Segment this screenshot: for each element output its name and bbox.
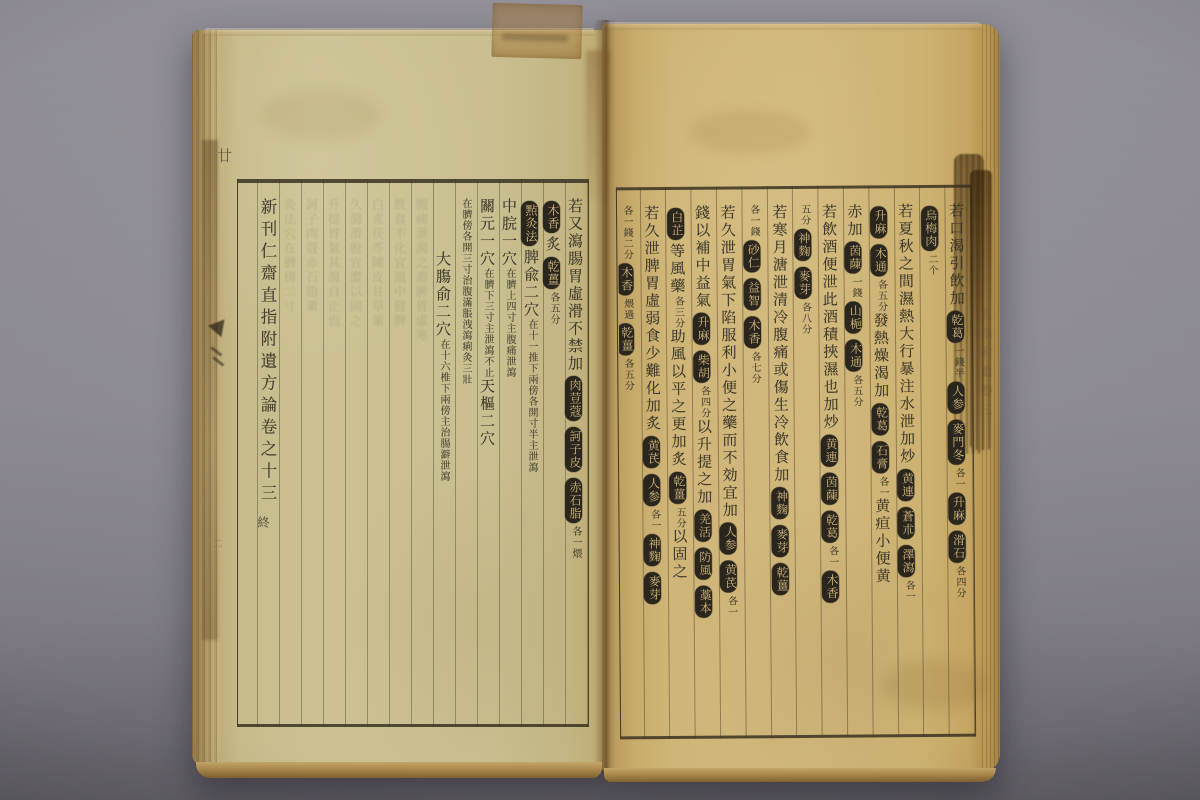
drug-name-cartouche: 人参 bbox=[947, 382, 964, 414]
small-annotation: 各四分 bbox=[698, 386, 709, 419]
right-page-columns: 若口渴引飲加乾葛一錢半人参麥門冬各一升麻滑石各四分烏梅肉二个若夏秋之間濕熱大行暴… bbox=[618, 201, 973, 731]
drug-name-cartouche: 防風 bbox=[695, 547, 712, 579]
small-annotation: 一錢半 bbox=[952, 346, 963, 379]
drug-name-cartouche: 烏梅肉 bbox=[921, 206, 938, 251]
paper-stain bbox=[690, 110, 810, 154]
text-run: 若寒月溏泄清冷腹痛或傷生冷飲食加 bbox=[770, 204, 790, 484]
drug-name-cartouche: 人参 bbox=[643, 474, 660, 506]
small-annotation: 五分 bbox=[674, 506, 685, 528]
drug-name-cartouche: 乾葛 bbox=[821, 510, 838, 542]
text-column: 若又瀉腸胃虛滑不禁加肉荳蔻訶子皮赤石脂各一煨 bbox=[564, 196, 586, 718]
small-annotation: 在臍下三寸主泄瀉不止 bbox=[482, 268, 493, 378]
drug-name-cartouche: 肉荳蔻 bbox=[565, 376, 582, 421]
small-annotation: 各一 bbox=[827, 545, 838, 567]
small-annotation: 各一 bbox=[570, 526, 581, 548]
text-run: 發熱燥渴加 bbox=[872, 312, 891, 400]
text-run: 赤加 bbox=[845, 203, 863, 238]
drug-name-cartouche: 麥門冬 bbox=[948, 420, 965, 465]
drug-name-cartouche: 黄芪 bbox=[643, 436, 660, 468]
small-annotation: 各一錢 bbox=[748, 204, 759, 237]
small-annotation: 煨過 bbox=[622, 298, 633, 320]
drug-name-cartouche: 茵蔯 bbox=[845, 241, 862, 273]
drug-name-cartouche: 人参 bbox=[720, 522, 737, 554]
drug-name-cartouche: 滑石 bbox=[949, 531, 966, 563]
text-run: 若口渴引飲加 bbox=[947, 203, 966, 308]
paper-stain bbox=[880, 660, 990, 710]
paper-stain bbox=[262, 90, 382, 140]
small-annotation: 五分 bbox=[799, 204, 810, 226]
small-annotation: 各一 bbox=[877, 476, 888, 498]
drug-name-cartouche: 白芷 bbox=[667, 208, 684, 240]
drug-name-cartouche: 乾薑 bbox=[543, 257, 560, 289]
small-annotation: 灸三壯 bbox=[460, 352, 471, 385]
drug-name-cartouche: 乾薑 bbox=[772, 563, 789, 595]
small-annotation: 各一 bbox=[953, 468, 964, 490]
drug-name-cartouche: 神麴 bbox=[644, 534, 661, 566]
small-annotation: 二个 bbox=[926, 254, 937, 276]
bleedthrough-column: 升提胃氣其瀉自止也 bbox=[322, 196, 344, 718]
drug-name-cartouche: 乾葛 bbox=[871, 403, 888, 435]
small-annotation: 各五分 bbox=[622, 358, 633, 391]
text-run: 升提胃氣其瀉自止也 bbox=[326, 198, 341, 329]
drug-name-cartouche: 木通 bbox=[870, 244, 887, 276]
drug-name-cartouche: 訶子皮 bbox=[565, 427, 582, 472]
drug-name-cartouche: 乾薑 bbox=[618, 323, 634, 355]
text-column: 㸃灸法脾兪二穴在十一推下兩傍各開寸半主泄瀉 bbox=[520, 196, 542, 718]
bleedthrough-column: 飲食不化宜溫中健脾 bbox=[388, 196, 410, 718]
text-run: 飲食不化宜溫中健脾 bbox=[392, 198, 407, 329]
drug-name-cartouche: 羌活 bbox=[694, 509, 711, 541]
drug-name-cartouche: 㸃灸法 bbox=[521, 201, 538, 246]
end-mark: 終 bbox=[256, 516, 274, 528]
folio-number-mark: 廿 bbox=[214, 148, 235, 163]
text-run: 若又瀉腸胃虛滑不禁加 bbox=[566, 198, 584, 373]
drug-name-cartouche: 益智 bbox=[743, 278, 760, 310]
text-column: 若口渴引飲加乾葛一錢半人参麥門冬各一升麻滑石各四分 bbox=[944, 201, 974, 728]
repair-tape bbox=[491, 3, 582, 59]
text-run: 大膓俞二穴 bbox=[434, 251, 452, 339]
photo-scene: 若又瀉腸胃虛滑不禁加肉荳蔻訶子皮赤石脂各一煨木香炙乾薑各五分㸃灸法脾兪二穴在十一… bbox=[0, 0, 1200, 800]
drug-name-cartouche: 山梔 bbox=[845, 301, 862, 333]
text-run: 訶子肉蔻赤石脂輩 bbox=[304, 198, 319, 314]
small-annotation: 各三分 bbox=[672, 295, 683, 328]
text-run: 關元一穴 bbox=[478, 198, 496, 268]
text-run: 白朮茯苓陳皮甘草輩 bbox=[370, 198, 385, 329]
text-run: 天樞二穴 bbox=[478, 378, 496, 448]
fold-page-number: 二 bbox=[208, 538, 223, 552]
bleedthrough-column: 久瀉滑脫宜澀以固之 bbox=[344, 196, 366, 718]
small-annotation: 各七分 bbox=[749, 351, 760, 384]
bleedthrough-column: 白朮茯苓陳皮甘草輩 bbox=[366, 196, 388, 718]
drug-name-cartouche: 木通 bbox=[845, 339, 862, 371]
left-page-columns: 若又瀉腸胃虛滑不禁加肉荳蔻訶子皮赤石脂各一煨木香炙乾薑各五分㸃灸法脾兪二穴在十一… bbox=[239, 196, 586, 718]
gutter-stain bbox=[586, 50, 610, 200]
text-column: 木香炙乾薑各五分 bbox=[542, 196, 564, 718]
small-annotation: 各四分 bbox=[954, 566, 965, 599]
small-annotation: 各五分 bbox=[851, 374, 862, 407]
small-annotation: 各八分 bbox=[799, 302, 810, 335]
drug-name-cartouche: 麥芽 bbox=[772, 525, 789, 557]
page-top-edge-right bbox=[604, 22, 984, 30]
text-run: 灸法穴在臍傍二寸 bbox=[282, 198, 297, 314]
drug-name-cartouche: 麥芽 bbox=[644, 572, 661, 604]
text-column bbox=[239, 196, 256, 718]
page-block-bottom-edge-right bbox=[604, 768, 996, 782]
drug-name-cartouche: 木香 bbox=[744, 316, 761, 348]
text-run: 久瀉滑脫宜澀以固之 bbox=[348, 198, 363, 329]
drug-name-cartouche: 乾葛 bbox=[947, 311, 964, 343]
fore-edge-title-text: 直指附遺卷三 bbox=[978, 308, 995, 568]
drug-name-cartouche: 黄連 bbox=[897, 469, 914, 501]
small-annotation: 主泄瀉 bbox=[526, 440, 537, 473]
small-annotation: 煨 bbox=[570, 548, 581, 559]
drug-name-cartouche: 乾薑 bbox=[669, 471, 686, 503]
drug-name-cartouche: 黄連 bbox=[821, 434, 838, 466]
bleedthrough-column: 腹痛泄瀉之證脾胃虛寒 bbox=[410, 196, 432, 718]
small-annotation: 各一 bbox=[649, 509, 660, 531]
small-annotation: 各一錢二分 bbox=[621, 205, 632, 260]
text-run: 若飲酒便泄此酒積挾濕也加炒 bbox=[820, 204, 840, 432]
drug-name-cartouche: 黄芪 bbox=[720, 560, 737, 592]
right-page-text-frame: 若口渴引飲加乾葛一錢半人参麥門冬各一升麻滑石各四分烏梅肉二个若夏秋之間濕熱大行暴… bbox=[616, 185, 976, 740]
drug-name-cartouche: 麥芽 bbox=[794, 267, 811, 299]
drug-name-cartouche: 升麻 bbox=[870, 206, 887, 238]
drug-name-cartouche: 茵蔯 bbox=[821, 472, 838, 504]
text-run: 若久泄胃氣下陷服利小便之藥而不効宜加 bbox=[718, 204, 738, 519]
text-run: 以升提之加 bbox=[695, 419, 714, 507]
left-page-text-frame: 若又瀉腸胃虛滑不禁加肉荳蔻訶子皮赤石脂各一煨木香炙乾薑各五分㸃灸法脾兪二穴在十一… bbox=[237, 179, 589, 727]
drug-name-cartouche: 柴胡 bbox=[693, 351, 710, 383]
page-block-bottom-edge-left bbox=[196, 762, 602, 778]
drug-name-cartouche: 木香 bbox=[543, 201, 560, 233]
left-fold-stain bbox=[202, 140, 218, 640]
text-column: 中脘一穴在臍上四寸主腹痛泄瀉 bbox=[498, 196, 520, 718]
open-book: 若又瀉腸胃虛滑不禁加肉荳蔻訶子皮赤石脂各一煨木香炙乾薑各五分㸃灸法脾兪二穴在十一… bbox=[190, 20, 1006, 772]
text-run: 脾兪二穴 bbox=[522, 249, 540, 319]
small-annotation: 各五分 bbox=[548, 292, 559, 325]
text-run: 新刊仁齋直指附遺方論卷之十三 bbox=[258, 198, 277, 506]
drug-name-cartouche: 升麻 bbox=[948, 493, 965, 525]
text-run: 等風藥 bbox=[668, 243, 686, 296]
text-run: 若夏秋之間濕熱大行暴注水泄加炒 bbox=[896, 203, 916, 466]
text-column: 在臍傍各開三寸治腹滿脹洩瀉痢灸三壯 bbox=[454, 196, 476, 718]
text-run: 黄疸小便黄 bbox=[873, 498, 892, 586]
text-run: 錢以補中益氣 bbox=[693, 205, 712, 310]
small-annotation: 各五分 bbox=[875, 279, 886, 312]
text-run: 以固之 bbox=[670, 528, 688, 581]
small-annotation: 在臍傍各開三寸治腹滿脹洩瀉痢 bbox=[460, 198, 471, 352]
drug-name-cartouche: 石膏 bbox=[872, 441, 889, 473]
drug-name-cartouche: 赤石脂 bbox=[565, 478, 582, 523]
small-annotation: 在十一推下兩傍各開寸半 bbox=[526, 319, 537, 440]
drug-name-cartouche: 蒼朮 bbox=[898, 507, 915, 539]
drug-name-cartouche: 藁本 bbox=[695, 585, 712, 617]
small-annotation: 在十六椎下兩傍 bbox=[438, 339, 449, 416]
drug-name-cartouche: 澤瀉 bbox=[898, 545, 915, 577]
text-run: 若久泄脾胃虛弱食少難化加炙 bbox=[642, 205, 662, 433]
small-annotation: 各一 bbox=[903, 580, 914, 602]
drug-name-cartouche: 木香 bbox=[822, 570, 839, 602]
drug-name-cartouche: 神麴 bbox=[794, 229, 811, 261]
small-annotation: 主治腸澼泄瀉 bbox=[438, 416, 449, 482]
bleedthrough-column: 訶子肉蔻赤石脂輩 bbox=[300, 196, 322, 718]
colophon-column: 新刊仁齋直指附遺方論卷之十三終 bbox=[256, 196, 278, 718]
small-annotation: 各一 bbox=[726, 595, 737, 617]
drug-name-cartouche: 木香 bbox=[618, 263, 634, 295]
tape-shadow bbox=[502, 33, 568, 42]
text-run: 助風以平之更加炙 bbox=[669, 328, 688, 468]
text-column: 大膓俞二穴在十六椎下兩傍主治腸澼泄瀉 bbox=[432, 196, 454, 718]
drug-name-cartouche: 砂仁 bbox=[743, 240, 760, 272]
drug-name-cartouche: 神麴 bbox=[771, 487, 788, 519]
text-run: 中脘一穴 bbox=[500, 198, 518, 268]
text-run: 炙 bbox=[544, 236, 562, 254]
bleedthrough-column: 灸法穴在臍傍二寸 bbox=[278, 196, 300, 718]
fishtail-fold-mark bbox=[207, 317, 225, 337]
small-annotation: 一錢 bbox=[850, 276, 861, 298]
text-run: 腹痛泄瀉之證脾胃虛寒 bbox=[414, 198, 429, 343]
drug-name-cartouche: 升麻 bbox=[693, 313, 710, 345]
small-annotation: 在臍上四寸主腹痛泄瀉 bbox=[504, 268, 515, 378]
text-column: 關元一穴在臍下三寸主泄瀉不止天樞二穴 bbox=[476, 196, 498, 718]
